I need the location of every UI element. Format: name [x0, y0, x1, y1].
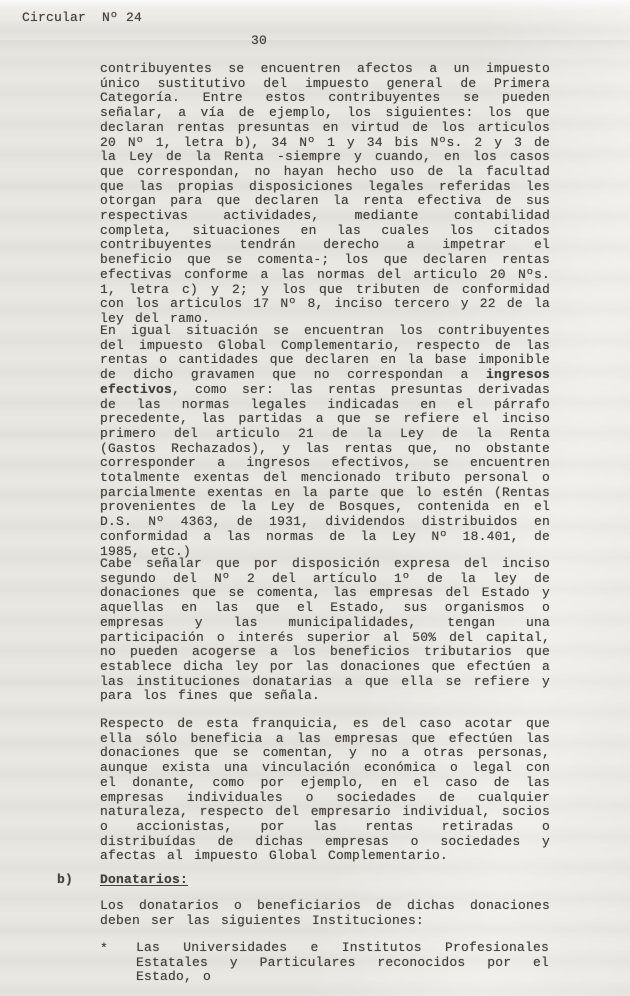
circular-header: Circular Nº 24 — [22, 10, 142, 25]
list-item-universidades: Las Universidades e Institutos Profesion… — [136, 941, 549, 985]
paragraph-2-text-before: En igual situación se encuentran los con… — [100, 323, 550, 382]
list-item-marker: * — [100, 941, 108, 956]
paragraph-contribuyentes-afectos: contribuyentes se encuentren afectos a u… — [100, 62, 550, 327]
paragraph-franquicia: Respecto de esta franquicia, es del caso… — [100, 717, 550, 864]
paragraph-empresas-estado: Cabe señalar que por disposición expresa… — [100, 557, 550, 704]
scanned-document-page: Circular Nº 24 30 contribuyentes se encu… — [0, 0, 630, 996]
paragraph-2-text-after: , como ser: las rentas presuntas derivad… — [100, 382, 550, 559]
scan-artifact-band — [0, 40, 630, 56]
page-number: 30 — [251, 33, 267, 48]
section-b-label: b) — [57, 872, 73, 887]
section-b-intro: Los donatarios o beneficiarios de dichas… — [100, 899, 550, 928]
paragraph-global-complementario: En igual situación se encuentran los con… — [100, 324, 550, 559]
section-b-heading-donatarios: Donatarios: — [100, 872, 188, 887]
